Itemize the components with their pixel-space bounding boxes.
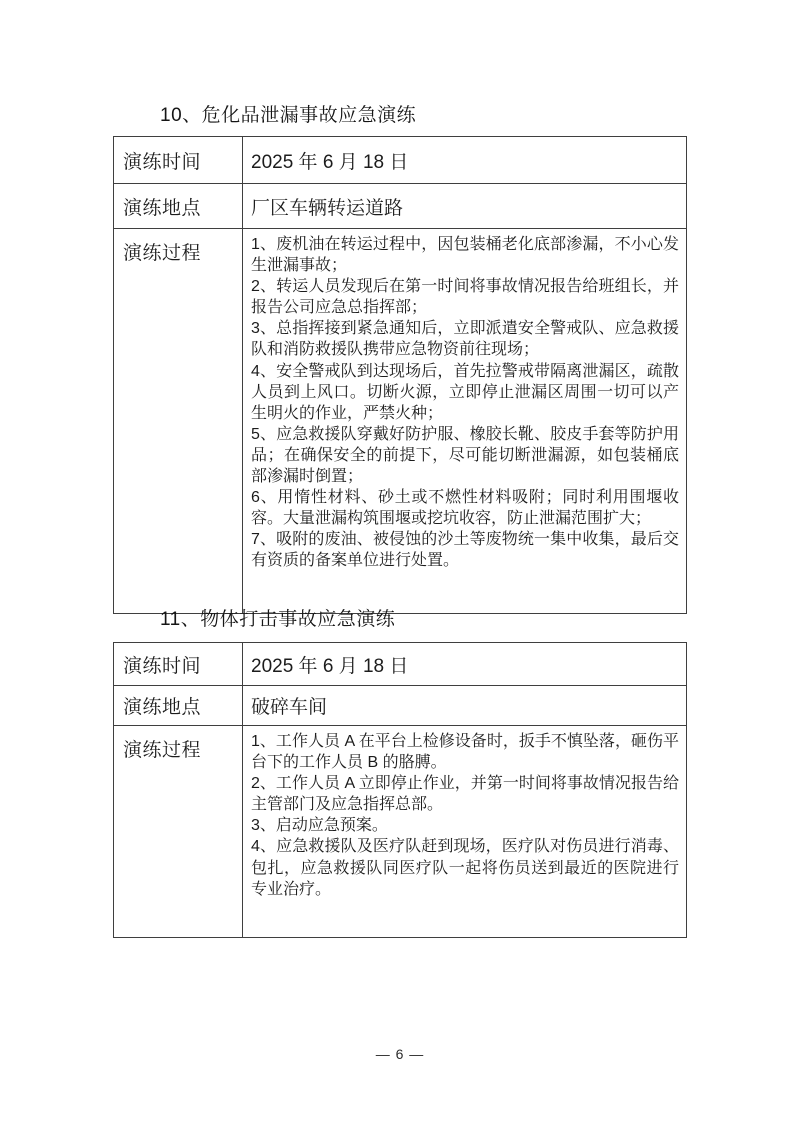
section-11-title: 11、物体打击事故应急演练 — [160, 607, 395, 633]
process-step: 3、启动应急预案。 — [251, 815, 679, 836]
drill-time-label: 演练时间 — [114, 137, 243, 184]
table-row: 演练时间 2025 年 6 月 18 日 — [114, 643, 687, 686]
drill-table-10: 演练时间 2025 年 6 月 18 日 演练地点 厂区车辆转运道路 演练过程 … — [113, 136, 687, 614]
process-step: 2、转运人员发现后在第一时间将事故情况报告给班组长，并报告公司应急总指挥部； — [251, 276, 679, 318]
process-step: 1、工作人员 A 在平台上检修设备时，扳手不慎坠落，砸伤平台下的工作人员 B 的… — [251, 731, 679, 773]
table-row: 演练过程 1、废机油在转运过程中，因包装桶老化底部渗漏，不小心发生泄漏事故； 2… — [114, 229, 687, 614]
drill-table-11: 演练时间 2025 年 6 月 18 日 演练地点 破碎车间 演练过程 1、工作… — [113, 642, 687, 938]
process-step: 5、应急救援队穿戴好防护服、橡胶长靴、胶皮手套等防护用品；在确保安全的前提下，尽… — [251, 424, 679, 487]
process-step: 4、安全警戒队到达现场后，首先拉警戒带隔离泄漏区，疏散人员到上风口。切断火源，立… — [251, 361, 679, 424]
drill-time-label: 演练时间 — [114, 643, 243, 686]
table-row: 演练时间 2025 年 6 月 18 日 — [114, 137, 687, 184]
process-step: 2、工作人员 A 立即停止作业，并第一时间将事故情况报告给主管部门及应急指挥总部… — [251, 773, 679, 815]
table-row: 演练地点 厂区车辆转运道路 — [114, 184, 687, 229]
drill-place-label: 演练地点 — [114, 686, 243, 726]
process-step: 7、吸附的废油、被侵蚀的沙土等废物统一集中收集，最后交有资质的备案单位进行处置。 — [251, 529, 679, 571]
table-row: 演练地点 破碎车间 — [114, 686, 687, 726]
table-row: 演练过程 1、工作人员 A 在平台上检修设备时，扳手不慎坠落，砸伤平台下的工作人… — [114, 726, 687, 938]
drill-time-value: 2025 年 6 月 18 日 — [243, 643, 687, 686]
process-step: 1、废机油在转运过程中，因包装桶老化底部渗漏，不小心发生泄漏事故； — [251, 234, 679, 276]
process-step: 6、用惰性材料、砂土或不燃性材料吸附；同时利用围堰收容。大量泄漏构筑围堰或挖坑收… — [251, 487, 679, 529]
drill-place-label: 演练地点 — [114, 184, 243, 229]
drill-process-label: 演练过程 — [114, 726, 243, 938]
page-number: — 6 — — [0, 1046, 800, 1062]
drill-process-content: 1、废机油在转运过程中，因包装桶老化底部渗漏，不小心发生泄漏事故； 2、转运人员… — [243, 229, 687, 614]
drill-process-content: 1、工作人员 A 在平台上检修设备时，扳手不慎坠落，砸伤平台下的工作人员 B 的… — [243, 726, 687, 938]
drill-place-value: 破碎车间 — [243, 686, 687, 726]
process-step: 4、应急救援队及医疗队赶到现场，医疗队对伤员进行消毒、包扎，应急救援队同医疗队一… — [251, 836, 679, 899]
drill-time-value: 2025 年 6 月 18 日 — [243, 137, 687, 184]
process-step: 3、总指挥接到紧急通知后，立即派遣安全警戒队、应急救援队和消防救援队携带应急物资… — [251, 318, 679, 360]
drill-place-value: 厂区车辆转运道路 — [243, 184, 687, 229]
document-page: 10、危化品泄漏事故应急演练 演练时间 2025 年 6 月 18 日 演练地点… — [0, 0, 800, 1131]
drill-process-label: 演练过程 — [114, 229, 243, 614]
section-10-title: 10、危化品泄漏事故应急演练 — [160, 103, 416, 129]
